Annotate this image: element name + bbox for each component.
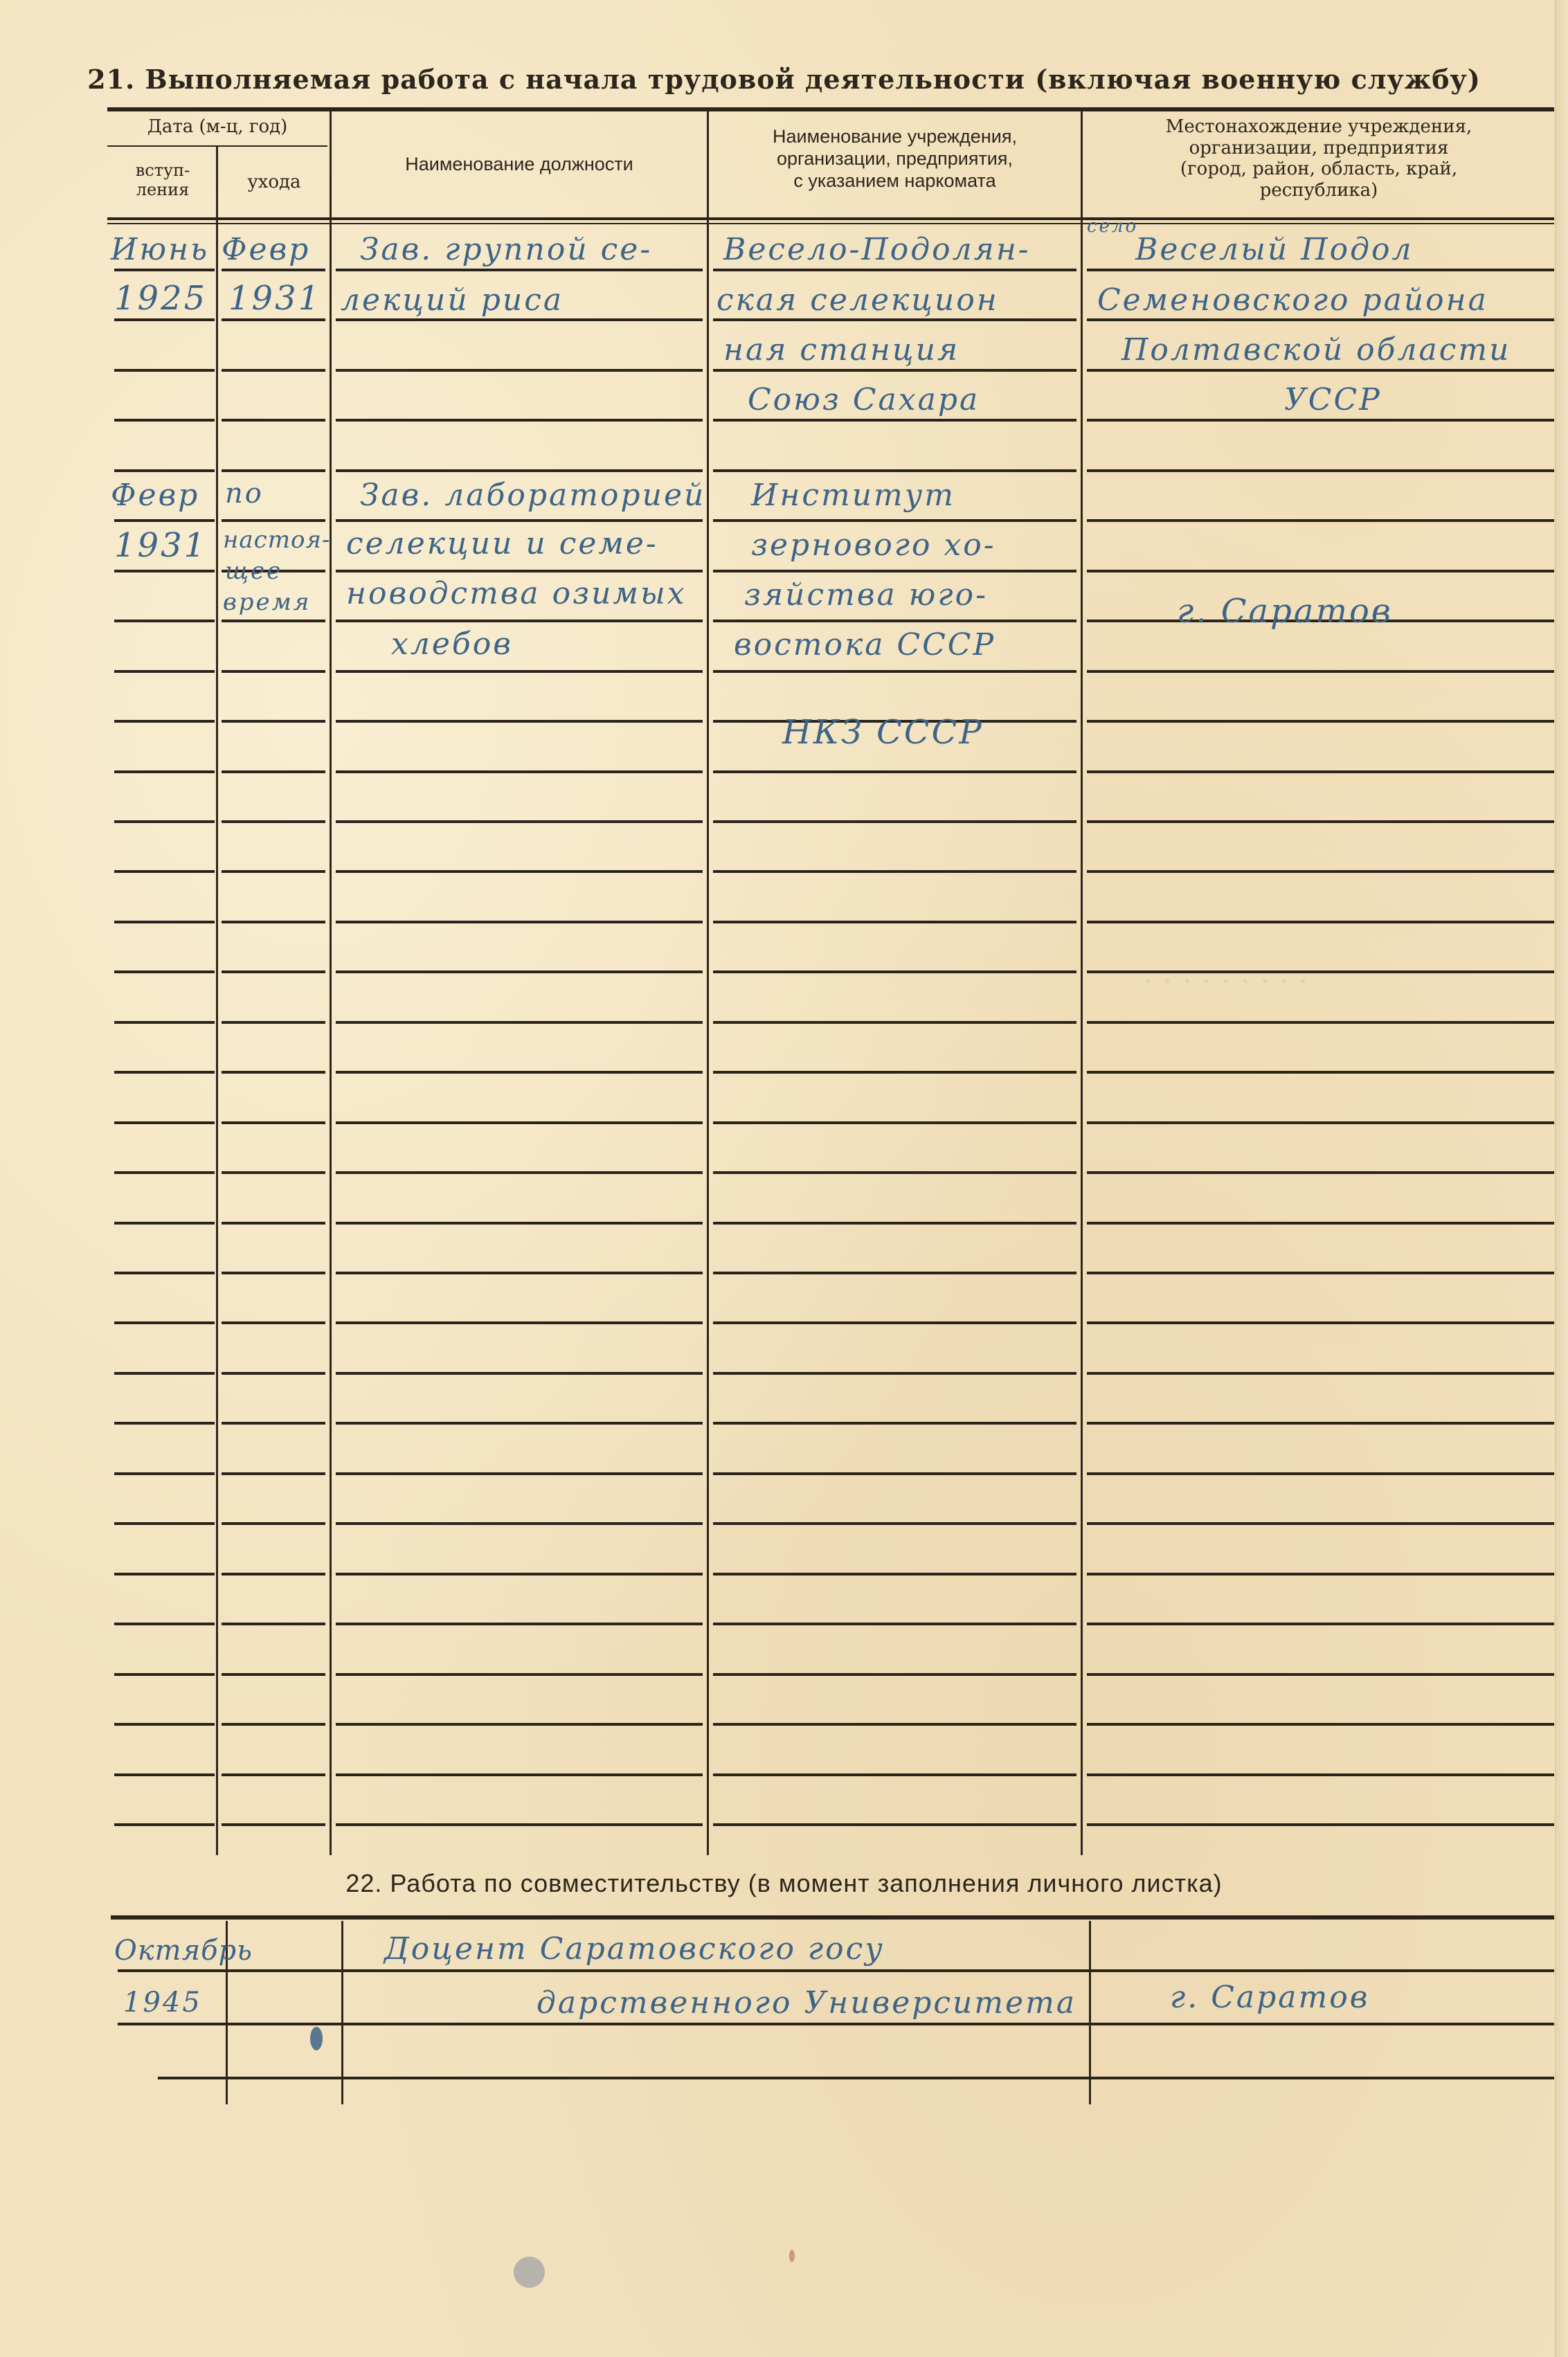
header-bottom-border-2 bbox=[107, 223, 1554, 224]
row-rule-line bbox=[1087, 1021, 1554, 1024]
row-rule-line bbox=[713, 1171, 1076, 1174]
row-rule-line bbox=[336, 1121, 703, 1124]
entry2-location-line1: г. Саратов bbox=[1177, 592, 1393, 631]
row-rule-line bbox=[222, 620, 325, 622]
row-rule-line bbox=[222, 369, 325, 372]
table22-top-border bbox=[111, 1915, 1554, 1920]
row-rule-line bbox=[114, 870, 215, 873]
row-rule-line bbox=[336, 369, 703, 372]
row-rule-line bbox=[1087, 1773, 1554, 1776]
entry2-org-line2: зернового хо- bbox=[751, 527, 996, 563]
header-organization: Наименование учреждения, организации, пр… bbox=[710, 126, 1080, 192]
entry1-org-line3: ная станция bbox=[723, 332, 959, 368]
row-rule-line bbox=[336, 770, 703, 773]
ink-blot bbox=[310, 2027, 323, 2050]
row-rule-line bbox=[222, 870, 325, 873]
row-rule-line bbox=[713, 970, 1076, 973]
entry2-position-line4: хлебов bbox=[391, 626, 513, 662]
row-rule-line bbox=[1087, 1522, 1554, 1525]
row-rule-line bbox=[1087, 318, 1554, 321]
row-rule-line bbox=[713, 318, 1076, 321]
entry1-org-line1: Весело-Подолян- bbox=[723, 232, 1031, 267]
row-rule-line bbox=[222, 419, 325, 422]
row-rule-line bbox=[1087, 1321, 1554, 1324]
row-rule-line bbox=[222, 1823, 325, 1826]
row-rule-line bbox=[713, 269, 1076, 271]
entry1-location-note: село bbox=[1087, 216, 1138, 237]
row-rule-line bbox=[222, 318, 325, 321]
row-rule-line bbox=[713, 1472, 1076, 1475]
entry1-location-line3: Полтавской области bbox=[1121, 332, 1511, 368]
entry1-location-line2: Семеновского района bbox=[1097, 282, 1488, 318]
row-rule-line bbox=[114, 1723, 215, 1726]
row-rule-line bbox=[336, 1573, 703, 1575]
row-rule-line bbox=[336, 1171, 703, 1174]
row-rule-line bbox=[222, 970, 325, 973]
row-rule-line bbox=[336, 318, 703, 321]
row-rule-line bbox=[1087, 1573, 1554, 1575]
row-rule-line bbox=[1087, 1121, 1554, 1124]
row-rule-line bbox=[222, 1472, 325, 1475]
row-rule-line bbox=[222, 1723, 325, 1726]
entry1-position-line1: Зав. группой се- bbox=[360, 232, 652, 267]
row-rule-line bbox=[1087, 1222, 1554, 1225]
row-rule-line bbox=[713, 1723, 1076, 1726]
row-rule-line bbox=[222, 1422, 325, 1425]
row-rule-line bbox=[222, 519, 325, 522]
table22-row-line-1 bbox=[118, 1969, 1554, 1972]
row-rule-line bbox=[1087, 369, 1554, 372]
entry1-location-line4: УССР bbox=[1284, 382, 1382, 417]
row-rule-line bbox=[114, 1272, 215, 1274]
row-rule-line bbox=[336, 1222, 703, 1225]
bleed-through-text: . . . . . . . . . bbox=[1142, 955, 1307, 991]
row-rule-line bbox=[222, 1071, 325, 1074]
row-rule-line bbox=[713, 1222, 1076, 1225]
row-rule-line bbox=[114, 620, 215, 622]
row-rule-line bbox=[713, 1573, 1076, 1575]
row-rule-line bbox=[713, 570, 1076, 572]
row-rule-line bbox=[713, 1071, 1076, 1074]
row-rule-line bbox=[1087, 870, 1554, 873]
row-rule-line bbox=[222, 1773, 325, 1776]
row-rule-line bbox=[336, 1673, 703, 1676]
row-rule-line bbox=[336, 1321, 703, 1324]
row-rule-line bbox=[713, 770, 1076, 773]
row-rule-line bbox=[114, 1222, 215, 1225]
row-rule-line bbox=[222, 1522, 325, 1525]
row-rule-line bbox=[1087, 1422, 1554, 1425]
entry2-org-line4: востока СССР bbox=[734, 627, 995, 662]
row-rule-line bbox=[222, 1272, 325, 1274]
entry2-end-line1: по bbox=[225, 478, 264, 509]
row-rule-line bbox=[1087, 519, 1554, 522]
row-rule-line bbox=[336, 1823, 703, 1826]
row-rule-line bbox=[114, 269, 215, 271]
entry2-position-line3: новодства озимых bbox=[346, 576, 687, 611]
row-rule-line bbox=[713, 1823, 1076, 1826]
row-rule-line bbox=[1087, 269, 1554, 271]
row-rule-line bbox=[1087, 1472, 1554, 1475]
row-rule-line bbox=[336, 720, 703, 723]
row-rule-line bbox=[336, 1021, 703, 1024]
row-rule-line bbox=[114, 369, 215, 372]
row-rule-line bbox=[713, 1321, 1076, 1324]
row-rule-line bbox=[114, 1121, 215, 1124]
row-rule-line bbox=[114, 1171, 215, 1174]
row-rule-line bbox=[114, 970, 215, 973]
header-date-start: вступ- ления bbox=[111, 161, 215, 200]
row-rule-line bbox=[336, 1071, 703, 1074]
row-rule-line bbox=[1087, 1171, 1554, 1174]
row-rule-line bbox=[114, 1522, 215, 1525]
entry1-end-year: 1931 bbox=[228, 279, 321, 318]
row-rule-line bbox=[336, 1422, 703, 1425]
header-date-end: ухода bbox=[219, 172, 330, 193]
row-rule-line bbox=[713, 1522, 1076, 1525]
col-divider-date-position bbox=[330, 111, 332, 1855]
table22-row-line-3 bbox=[158, 2077, 1554, 2079]
row-rule-line bbox=[336, 1372, 703, 1375]
row-rule-line bbox=[1087, 1071, 1554, 1074]
row-rule-line bbox=[713, 469, 1076, 472]
row-rule-line bbox=[222, 1222, 325, 1225]
row-rule-line bbox=[1087, 1272, 1554, 1274]
row-rule-line bbox=[222, 1321, 325, 1324]
row-rule-line bbox=[713, 1021, 1076, 1024]
ink-stain bbox=[514, 2257, 545, 2288]
row-rule-line bbox=[114, 1773, 215, 1776]
row-rule-line bbox=[1087, 1623, 1554, 1625]
row-rule-line bbox=[1087, 1372, 1554, 1375]
row-rule-line bbox=[336, 1773, 703, 1776]
row-rule-line bbox=[1087, 720, 1554, 723]
row-rule-line bbox=[114, 1071, 215, 1074]
row-rule-line bbox=[222, 670, 325, 673]
entry2-start-year: 1931 bbox=[114, 526, 207, 565]
row-rule-line bbox=[1087, 1673, 1554, 1676]
row-rule-line bbox=[1087, 1823, 1554, 1826]
row-rule-line bbox=[222, 770, 325, 773]
row-rule-line bbox=[1087, 921, 1554, 923]
row-rule-line bbox=[336, 1623, 703, 1625]
row-rule-line bbox=[222, 1121, 325, 1124]
row-rule-line bbox=[713, 1272, 1076, 1274]
entry2-org-line1: Институт bbox=[751, 478, 955, 513]
entry1-start-month: Июнь bbox=[111, 232, 209, 267]
row-rule-line bbox=[222, 1623, 325, 1625]
row-rule-line bbox=[222, 269, 325, 271]
sec22-start-month: Октябрь bbox=[114, 1935, 253, 1967]
row-rule-line bbox=[114, 1422, 215, 1425]
row-rule-line bbox=[713, 1121, 1076, 1124]
row-rule-line bbox=[713, 670, 1076, 673]
table22-col-divider-2 bbox=[341, 1921, 343, 2104]
row-rule-line bbox=[336, 1472, 703, 1475]
header-bottom-border bbox=[107, 217, 1554, 220]
row-rule-line bbox=[336, 1272, 703, 1274]
entry2-position-line1: Зав. лабораторией bbox=[360, 478, 705, 513]
row-rule-line bbox=[336, 870, 703, 873]
row-rule-line bbox=[336, 921, 703, 923]
row-rule-line bbox=[713, 921, 1076, 923]
rust-spot bbox=[789, 2250, 795, 2262]
header-location: Местонахождение учреждения, организации,… bbox=[1083, 116, 1554, 201]
header-date-group: Дата (м-ц, год) bbox=[107, 116, 327, 138]
row-rule-line bbox=[713, 1623, 1076, 1625]
row-rule-line bbox=[713, 1422, 1076, 1425]
row-rule-line bbox=[336, 970, 703, 973]
table22-col-divider-3 bbox=[1089, 1921, 1091, 2104]
row-rule-line bbox=[713, 369, 1076, 372]
row-rule-line bbox=[336, 469, 703, 472]
section-21-title: 21. Выполняемая работа с начала трудовой… bbox=[0, 64, 1568, 95]
row-rule-line bbox=[114, 419, 215, 422]
header-position: Наименование должности bbox=[332, 154, 706, 176]
table22-row-line-2 bbox=[118, 2023, 1554, 2025]
row-rule-line bbox=[336, 419, 703, 422]
row-rule-line bbox=[336, 570, 703, 572]
row-rule-line bbox=[114, 1472, 215, 1475]
row-rule-line bbox=[713, 519, 1076, 522]
row-rule-line bbox=[336, 820, 703, 823]
row-rule-line bbox=[1087, 469, 1554, 472]
row-rule-line bbox=[222, 1573, 325, 1575]
row-rule-line bbox=[114, 670, 215, 673]
col-divider-start-end bbox=[216, 147, 218, 1855]
table-top-border bbox=[107, 107, 1554, 111]
row-rule-line bbox=[336, 519, 703, 522]
row-rule-line bbox=[114, 1623, 215, 1625]
entry1-end-month: Февр bbox=[222, 232, 310, 267]
row-rule-line bbox=[222, 921, 325, 923]
row-rule-line bbox=[1087, 670, 1554, 673]
row-rule-line bbox=[713, 820, 1076, 823]
page-edge bbox=[1555, 0, 1568, 2357]
sec22-position-line1: Доцент Саратовского госу bbox=[384, 1931, 885, 1967]
col-divider-position-organization bbox=[707, 111, 709, 1855]
row-rule-line bbox=[713, 870, 1076, 873]
row-rule-line bbox=[114, 1573, 215, 1575]
row-rule-line bbox=[114, 469, 215, 472]
entry2-end-line2: настоя- bbox=[223, 526, 330, 554]
sec22-location: г. Саратов bbox=[1170, 1980, 1369, 2015]
row-rule-line bbox=[1087, 1723, 1554, 1726]
entry1-start-year: 1925 bbox=[114, 279, 207, 318]
entry2-org-line3: зяйства юго- bbox=[744, 577, 988, 613]
entry2-position-line2: селекции и семе- bbox=[346, 526, 658, 561]
row-rule-line bbox=[713, 1673, 1076, 1676]
row-rule-line bbox=[222, 820, 325, 823]
row-rule-line bbox=[713, 1372, 1076, 1375]
col-divider-organization-location bbox=[1081, 111, 1083, 1855]
row-rule-line bbox=[336, 670, 703, 673]
row-rule-line bbox=[114, 1321, 215, 1324]
row-rule-line bbox=[222, 720, 325, 723]
entry1-position-line2: лекций риса bbox=[341, 282, 564, 318]
entry1-org-line2: ская селекцион bbox=[717, 282, 999, 318]
row-rule-line bbox=[114, 770, 215, 773]
row-rule-line bbox=[1087, 570, 1554, 572]
entry2-org-line5: НКЗ СССР bbox=[782, 713, 984, 752]
row-rule-line bbox=[114, 1823, 215, 1826]
row-rule-line bbox=[114, 1021, 215, 1024]
row-rule-line bbox=[1087, 770, 1554, 773]
row-rule-line bbox=[222, 1171, 325, 1174]
row-rule-line bbox=[114, 921, 215, 923]
row-rule-line bbox=[114, 820, 215, 823]
row-rule-line bbox=[222, 1021, 325, 1024]
row-rule-line bbox=[336, 620, 703, 622]
entry1-org-line4: Союз Сахара bbox=[748, 382, 980, 417]
row-rule-line bbox=[713, 1773, 1076, 1776]
row-rule-line bbox=[713, 419, 1076, 422]
section-22-title: 22. Работа по совместительству (в момент… bbox=[0, 1869, 1568, 1898]
row-rule-line bbox=[114, 318, 215, 321]
row-rule-line bbox=[114, 519, 215, 522]
sec22-start-year: 1945 bbox=[123, 1987, 202, 2019]
row-rule-line bbox=[114, 1673, 215, 1676]
sec22-position-line2: дарственного Университета bbox=[537, 1985, 1076, 2021]
row-rule-line bbox=[222, 1372, 325, 1375]
row-rule-line bbox=[114, 720, 215, 723]
row-rule-line bbox=[114, 570, 215, 572]
row-rule-line bbox=[114, 1372, 215, 1375]
row-rule-line bbox=[336, 1522, 703, 1525]
entry2-end-line4: время bbox=[223, 588, 311, 616]
row-rule-line bbox=[336, 269, 703, 271]
entry1-location-line1: Веселый Подол bbox=[1135, 232, 1413, 267]
row-rule-line bbox=[222, 1673, 325, 1676]
row-rule-line bbox=[222, 469, 325, 472]
row-rule-line bbox=[713, 620, 1076, 622]
entry2-start-month: Февр bbox=[111, 478, 199, 513]
row-rule-line bbox=[1087, 419, 1554, 422]
row-rule-line bbox=[1087, 820, 1554, 823]
entry2-end-line3: щее bbox=[225, 557, 282, 585]
row-rule-line bbox=[336, 1723, 703, 1726]
